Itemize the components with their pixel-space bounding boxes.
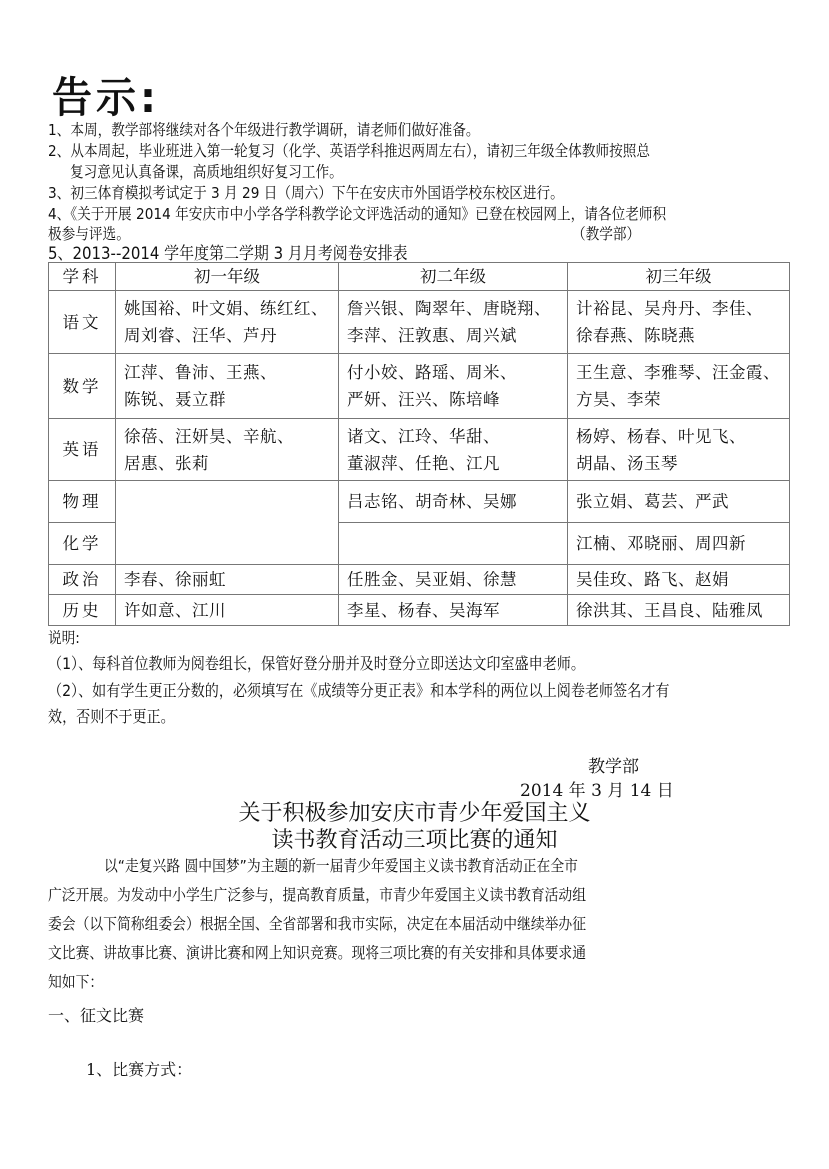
- notice2-paragraph-line5: 知如下：: [48, 968, 103, 997]
- names-cell: 江萍、鲁沛、王燕、陈锐、聂立群: [116, 354, 339, 419]
- table-row: 数学 江萍、鲁沛、王燕、陈锐、聂立群 付小姣、路瑶、周米、严妍、汪兴、陈培峰 王…: [49, 354, 790, 419]
- name-line: 姚国裕、叶文娟、练红红、: [124, 295, 330, 322]
- notice2-title-line2: 读书教育活动三项比赛的通知: [0, 823, 829, 854]
- section-heading-essay: 一、征文比赛: [48, 1003, 144, 1026]
- names-cell-merged-empty: [116, 481, 339, 565]
- names-cell: 王生意、李雅琴、汪金霞、方昊、李荣: [568, 354, 790, 419]
- name-line: 胡晶、汤玉琴: [576, 450, 781, 477]
- notice-item-3: 3、初三体育模拟考试定于 3 月 29 日（周六）下午在安庆市外国语学校东校区进…: [48, 183, 564, 203]
- name-line: 李萍、汪敦惠、周兴斌: [347, 322, 559, 349]
- header-subject: 学科: [49, 263, 116, 291]
- name-line: 付小姣、路瑶、周米、: [347, 359, 559, 386]
- subject-cell: 政治: [49, 565, 116, 595]
- table-header-row: 学科 初一年级 初二年级 初三年级: [49, 263, 790, 291]
- header-grade1: 初一年级: [116, 263, 339, 291]
- remark-item-2: （2）、如有学生更正分数的，必须填写在《成绩等分更正表》和本学科的两位以上阅卷老…: [48, 681, 669, 701]
- names-cell: 杨婷、杨春、叶见飞、胡晶、汤玉琴: [568, 419, 790, 481]
- header-grade2: 初二年级: [339, 263, 568, 291]
- names-cell-empty: [339, 523, 568, 565]
- names-cell: 吴佳玫、路飞、赵娟: [568, 565, 790, 595]
- subject-cell: 历史: [49, 595, 116, 626]
- name-line: 江萍、鲁沛、王燕、: [124, 359, 330, 386]
- names-cell: 徐洪其、王昌良、陆雅凤: [568, 595, 790, 626]
- subsection-heading-method: 1、比赛方式：: [86, 1057, 192, 1080]
- table-row: 政治 李春、徐丽虹 任胜金、吴亚娟、徐慧 吴佳玫、路飞、赵娟: [49, 565, 790, 595]
- table-row: 历史 许如意、江川 李星、杨春、吴海军 徐洪其、王昌良、陆雅凤: [49, 595, 790, 626]
- names-cell: 江楠、邓晓丽、周四新: [568, 523, 790, 565]
- name-line: 徐春燕、陈晓燕: [576, 322, 781, 349]
- names-cell: 詹兴银、陶翠年、唐晓翔、李萍、汪敦惠、周兴斌: [339, 291, 568, 354]
- names-cell: 诸文、江玲、华甜、董淑萍、任艳、江凡: [339, 419, 568, 481]
- names-cell: 徐蓓、汪妍昊、辛航、居惠、张莉: [116, 419, 339, 481]
- names-cell: 张立娟、葛芸、严武: [568, 481, 790, 523]
- name-line: 周刘睿、汪华、芦丹: [124, 322, 330, 349]
- remark-item-2-cont: 效，否则不于更正。: [48, 707, 175, 727]
- name-line: 杨婷、杨春、叶见飞、: [576, 423, 781, 450]
- table-caption: 5、2013--2014 学年度第二学期 3 月月考阅卷安排表: [48, 244, 408, 264]
- names-cell: 任胜金、吴亚娟、徐慧: [339, 565, 568, 595]
- names-cell: 付小姣、路瑶、周米、严妍、汪兴、陈培峰: [339, 354, 568, 419]
- table-row: 英语 徐蓓、汪妍昊、辛航、居惠、张莉 诸文、江玲、华甜、董淑萍、任艳、江凡 杨婷…: [49, 419, 790, 481]
- subject-cell: 英语: [49, 419, 116, 481]
- notice-item-4-cont: 极参与评选。: [48, 224, 130, 244]
- remark-item-1: （1）、每科首位教师为阅卷组长，保管好登分册并及时登分立即送达文印室盛申老师。: [48, 654, 585, 674]
- name-line: 方昊、李荣: [576, 386, 781, 413]
- notice2-paragraph-line1: 以“走复兴路 圆中国梦”为主题的新一届青少年爱国主义读书教育活动正在全市: [104, 852, 578, 881]
- subject-cell: 数学: [49, 354, 116, 419]
- notice-item-4: 4、《关于开展 2014 年安庆市中小学各学科教学论文评选活动的通知》已登在校园…: [48, 204, 666, 224]
- names-cell: 许如意、江川: [116, 595, 339, 626]
- names-cell: 姚国裕、叶文娟、练红红、周刘睿、汪华、芦丹: [116, 291, 339, 354]
- header-grade3: 初三年级: [568, 263, 790, 291]
- notice2-paragraph-line3: 委会（以下简称组委会）根据全国、全省部署和我市实际，决定在本届活动中继续举办征: [48, 910, 586, 939]
- name-line: 居惠、张莉: [124, 450, 330, 477]
- notice-item-1: 1、本周，教学部将继续对各个年级进行教学调研，请老师们做好准备。: [48, 120, 480, 140]
- names-cell: 计裕昆、吴舟丹、李佳、徐春燕、陈晓燕: [568, 291, 790, 354]
- notice2-paragraph-line2: 广泛开展。为发动中小学生广泛参与，提高教育质量，市青少年爱国主义读书教育活动组: [48, 881, 586, 910]
- table-row: 语文 姚国裕、叶文娟、练红红、周刘睿、汪华、芦丹 詹兴银、陶翠年、唐晓翔、李萍、…: [49, 291, 790, 354]
- name-line: 陈锐、聂立群: [124, 386, 330, 413]
- notice2-paragraph-line4: 文比赛、讲故事比赛、演讲比赛和网上知识竞赛。现将三项比赛的有关安排和具体要求通: [48, 939, 586, 968]
- page-title: 告示:: [52, 65, 160, 125]
- name-line: 严妍、汪兴、陈培峰: [347, 386, 559, 413]
- table-row: 物理 吕志铭、胡奇林、吴娜 张立娟、葛芸、严武: [49, 481, 790, 523]
- signature-dept: 教学部: [588, 752, 639, 777]
- names-cell: 吕志铭、胡奇林、吴娜: [339, 481, 568, 523]
- names-cell: 李春、徐丽虹: [116, 565, 339, 595]
- name-line: 王生意、李雅琴、汪金霞、: [576, 359, 781, 386]
- subject-cell: 化学: [49, 523, 116, 565]
- name-line: 詹兴银、陶翠年、唐晓翔、: [347, 295, 559, 322]
- name-line: 诸文、江玲、华甜、: [347, 423, 559, 450]
- notice-signature: （教学部）: [572, 224, 640, 244]
- remarks-label: 说明:: [48, 628, 80, 648]
- notice-item-2: 2、从本周起，毕业班进入第一轮复习（化学、英语学科推迟两周左右），请初三年级全体…: [48, 141, 650, 161]
- name-line: 计裕昆、吴舟丹、李佳、: [576, 295, 781, 322]
- name-line: 徐蓓、汪妍昊、辛航、: [124, 423, 330, 450]
- names-cell: 李星、杨春、吴海军: [339, 595, 568, 626]
- notice-item-2-cont: 复习意见认真备课，高质地组织好复习工作。: [70, 162, 343, 182]
- grading-schedule-table: 学科 初一年级 初二年级 初三年级 语文 姚国裕、叶文娟、练红红、周刘睿、汪华、…: [48, 262, 790, 626]
- name-line: 董淑萍、任艳、江凡: [347, 450, 559, 477]
- subject-cell: 物理: [49, 481, 116, 523]
- subject-cell: 语文: [49, 291, 116, 354]
